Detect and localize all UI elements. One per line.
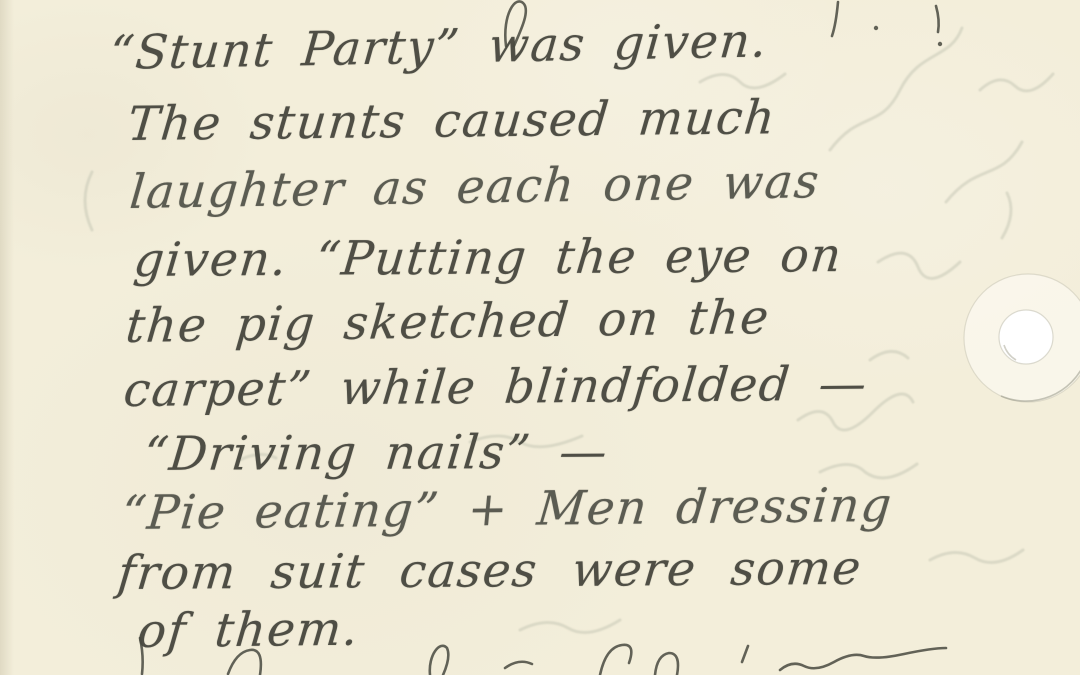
- scanned-diary-page: “Stunt Party” was given. The stunts caus…: [0, 0, 1080, 675]
- hole-punch: [0, 0, 1080, 675]
